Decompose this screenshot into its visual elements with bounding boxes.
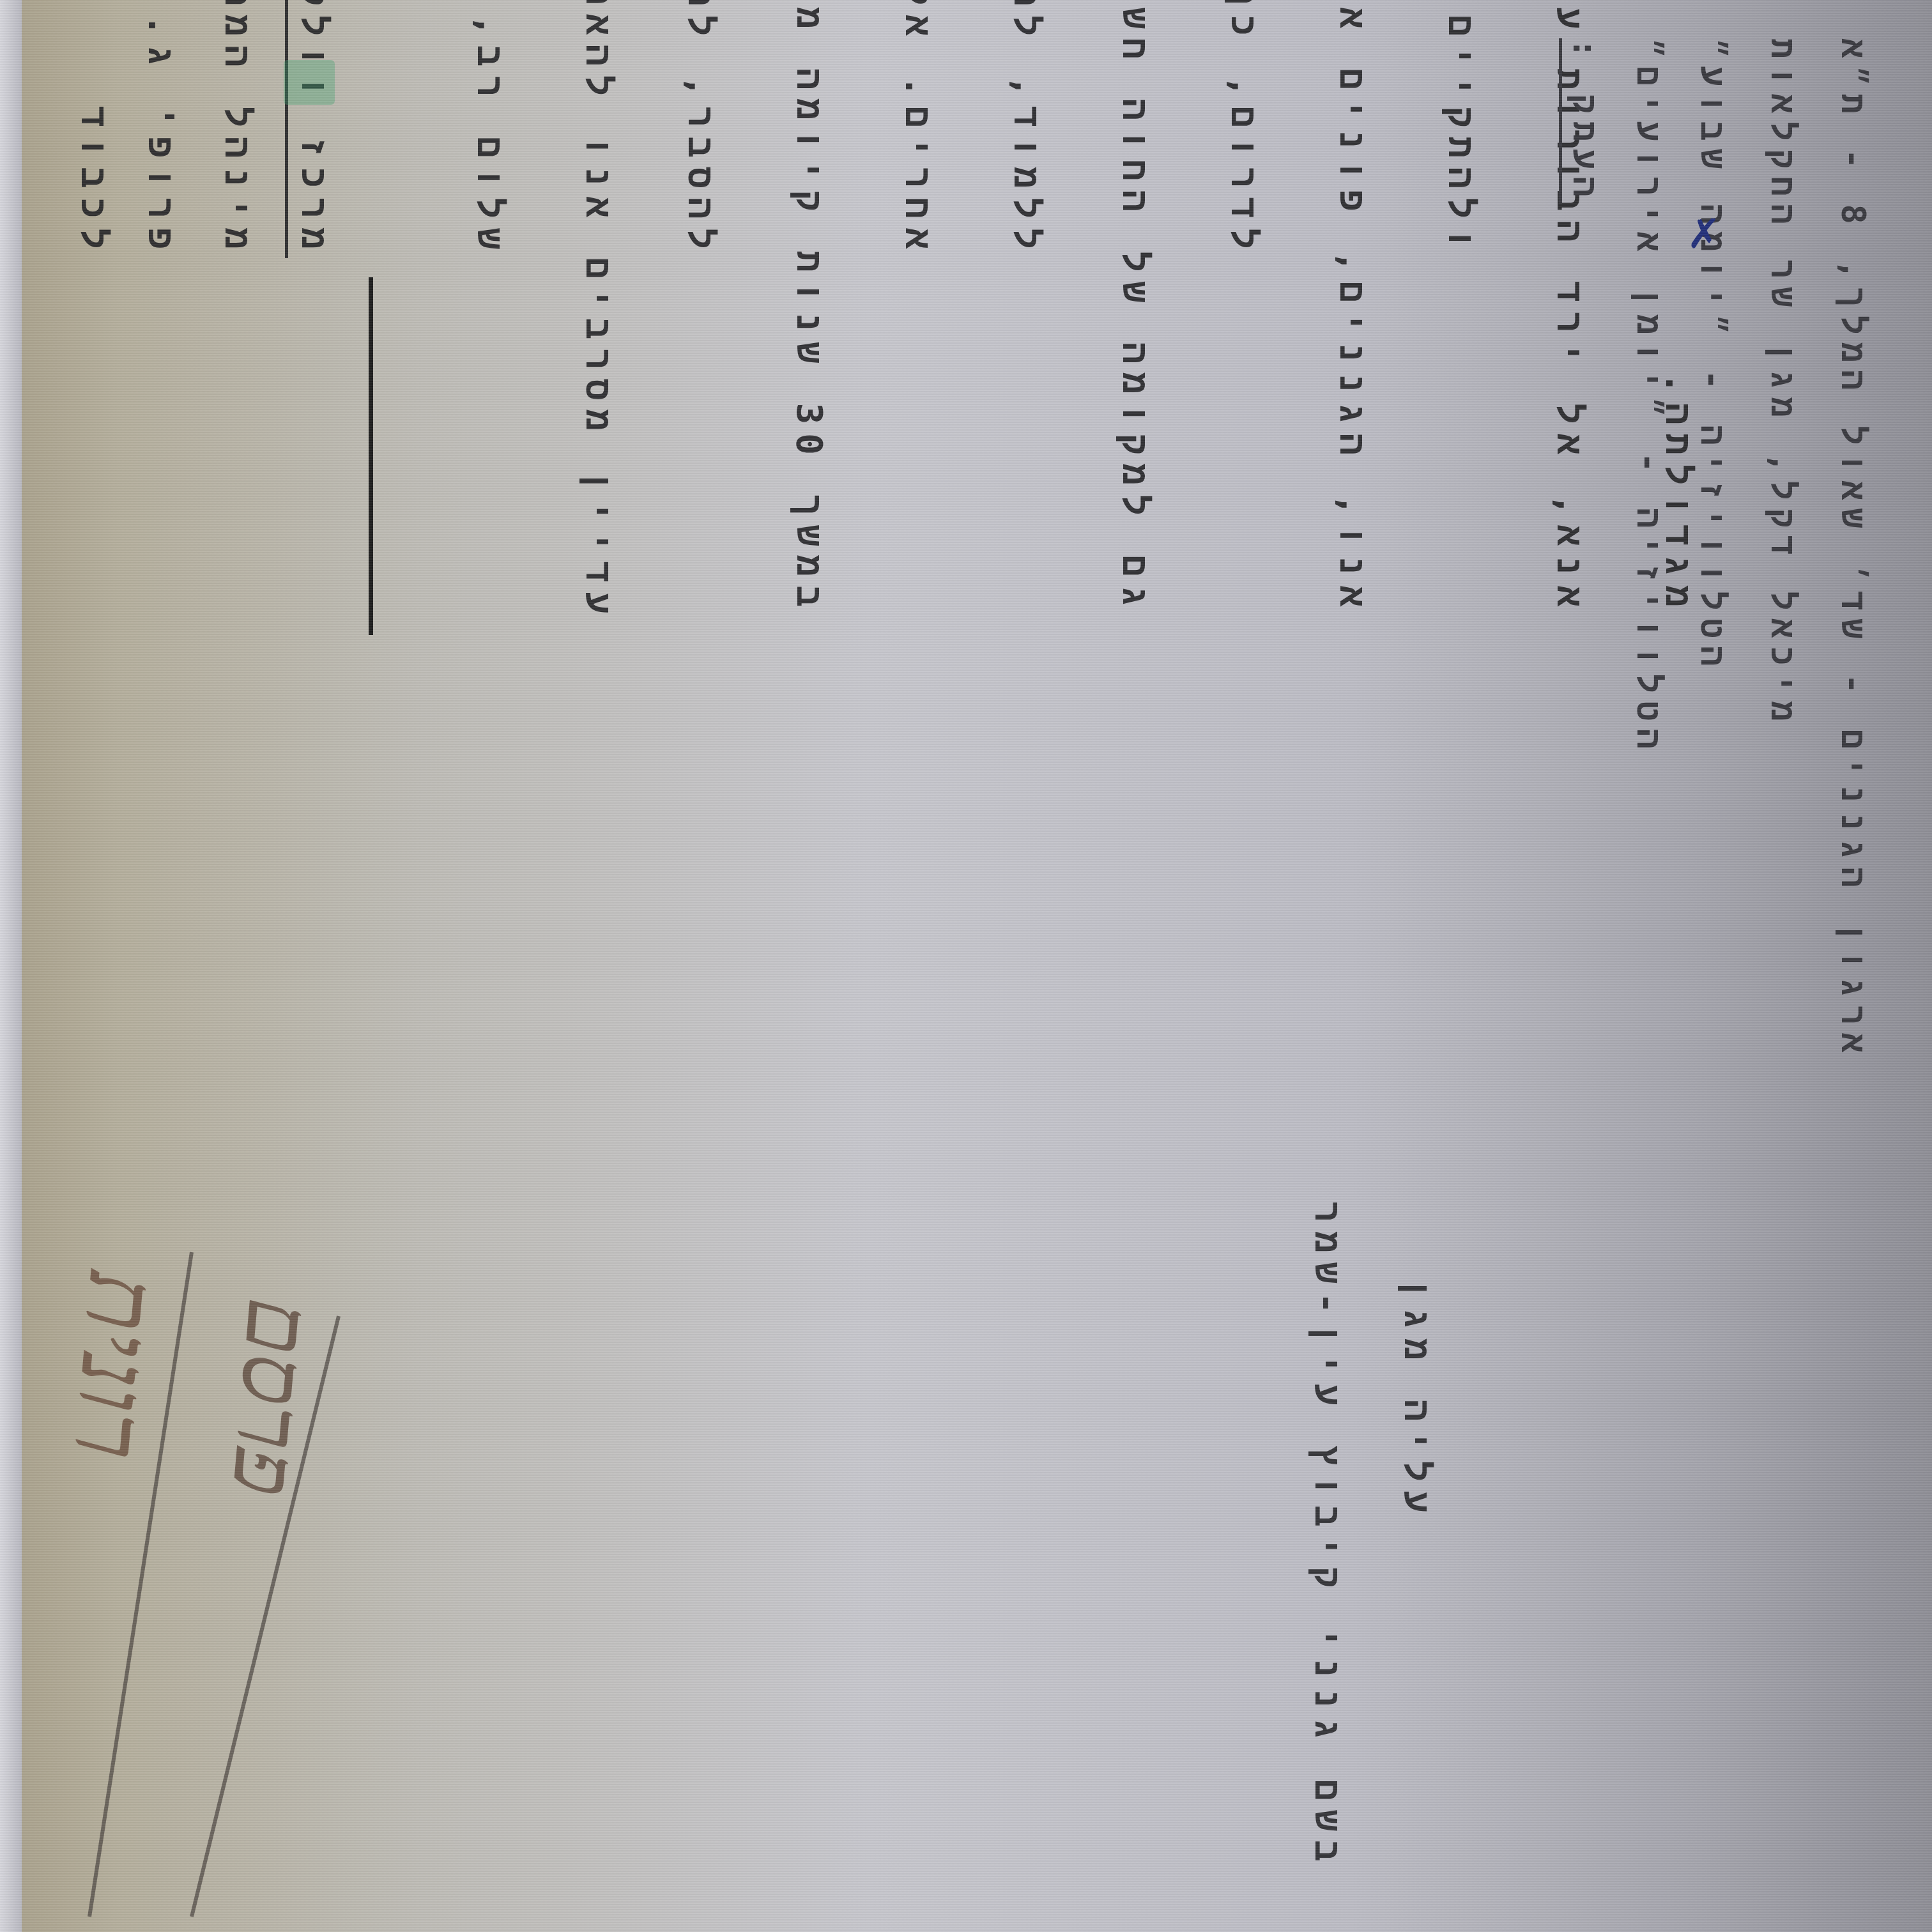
- body-line: גם למקומה של החוה חשיבות מרובה שכן ישבה …: [1117, 0, 1153, 616]
- body-line: ללמוד, להתבשם ולהבות ולדבוש צמחים לגנרון…: [1008, 0, 1044, 258]
- copies-item: מיכאל דקל, מגן שר החקלאות: [1761, 38, 1802, 729]
- blue-ink-mark: ✗: [1687, 211, 1721, 258]
- copies-item: הטלוויזיה - ״יומה שבוע״: [1691, 38, 1731, 673]
- greeting: שלום רב,: [471, 15, 507, 258]
- handwritten-strokes: [0, 1214, 447, 1932]
- addressee-line-1: לכבוד: [75, 106, 111, 258]
- addressee-underline: [369, 277, 373, 635]
- green-highlight-mark: [284, 60, 335, 105]
- signature-block: בשם גנני קיבוץ עין-שמר: [1284, 1201, 1361, 1840]
- copies-title: העתק :: [1563, 38, 1604, 204]
- signature-name-block: עליה מגן: [1374, 1278, 1450, 1597]
- body-line: במשך 30 שנות קיומה מהווה החוה מעיין ״ירו…: [791, 0, 827, 616]
- copies-item-block: ארגון הגננים - שד׳ שאול המלך, 8 - ת״א: [1808, 38, 1885, 869]
- addressee-line-2: פרופ' ג. לוריבשטיין: [142, 0, 178, 258]
- body-line: להסבר, להעלם מן הנוף.: [682, 0, 718, 258]
- body-line: עדיין מסרבים אנו להאמין כי אבד גבזר דינה…: [580, 0, 616, 622]
- signature-line-1: בשם גנני קיבוץ עין-שמר: [1305, 1201, 1348, 1871]
- body-line: אנו, הגננים, פונים אליכם גם בשם הציבור ה…: [1334, 0, 1370, 616]
- body-line: ולהתקיים, להמשיך ולפעול להעשרת צמחיית הג…: [1443, 0, 1478, 258]
- body-line: אחרים. אליה עולים לרגל בכל עת מצוא, לנשו…: [900, 0, 935, 258]
- copies-item: ארגון הגננים - שד׳ שאול המלך, 8 - ת״א: [1832, 38, 1872, 1061]
- copies-item: הטלוויזיה - ״יומן אירועים״: [1627, 38, 1667, 756]
- copies-item-block: מיכאל דקל, מגן שר החקלאות: [1738, 38, 1814, 677]
- signature-line-2: עליה מגן: [1394, 1278, 1437, 1521]
- document-photo: לכבוד פרופ' ג. לוריבשטיין מינהל המחקר הח…: [0, 0, 1932, 1932]
- addressee-line-3: מינהל המחקר החקלאי: [219, 0, 255, 258]
- addressee-line-4: מרכז וולקני: [296, 0, 332, 258]
- copies-item-block: הטלוויזיה - ״יומה שבוע״: [1667, 38, 1744, 677]
- body-line: לדרום, כך שגם הצפוניים וגם הדרומיים לא י…: [1225, 0, 1261, 258]
